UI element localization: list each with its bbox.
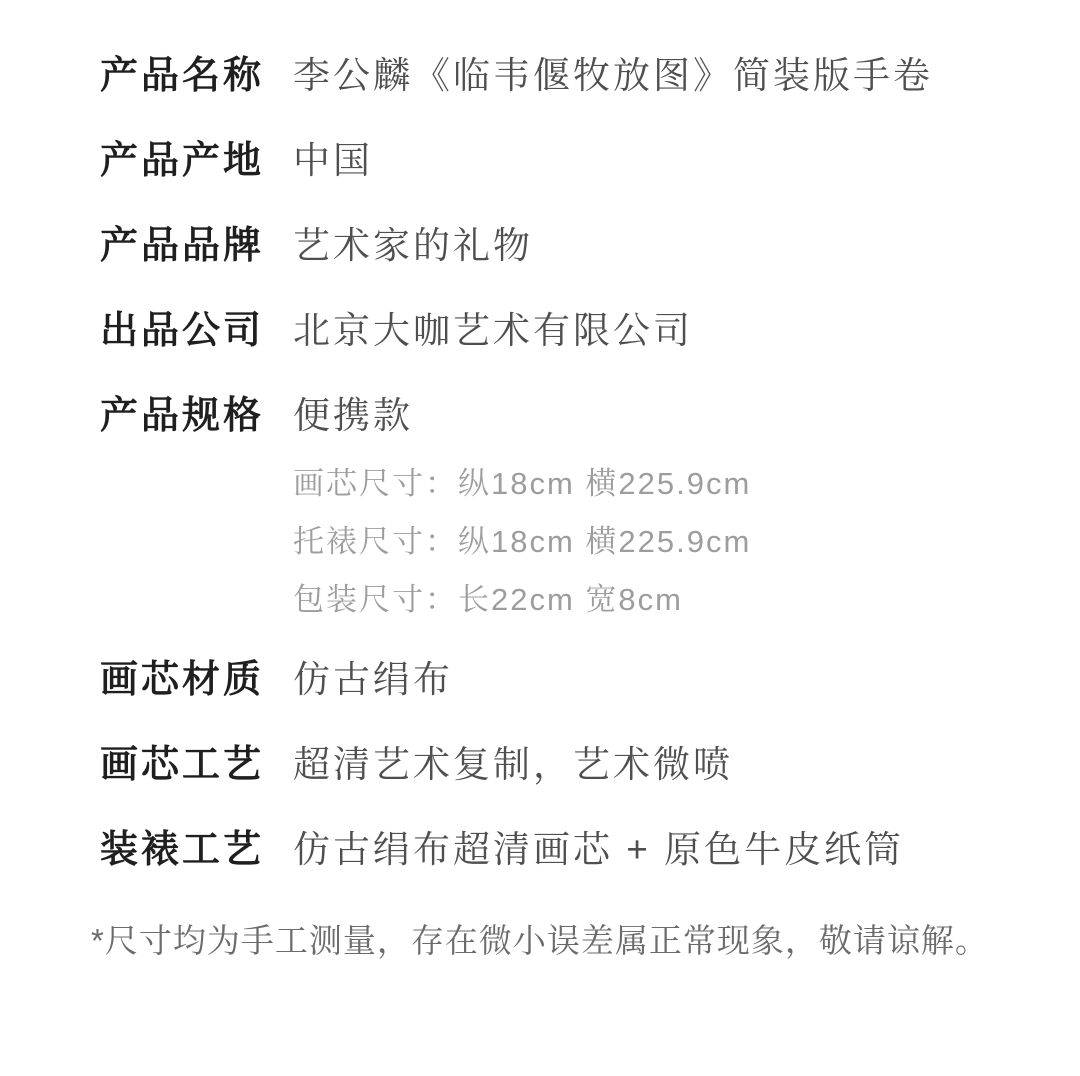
spec-label: 产品产地 [100, 141, 293, 181]
sub-spec-core-size: 画芯尺寸：纵18cm 横225.9cm [293, 455, 751, 513]
spec-value: 仿古绢布超清画芯 + 原色牛皮纸筒 [293, 830, 904, 870]
spec-row-material: 画芯材质 仿古绢布 [100, 660, 1010, 700]
spec-label: 产品品牌 [100, 226, 293, 266]
product-spec-sheet: 产品名称 李公麟《临韦偃牧放图》简装版手卷 产品产地 中国 产品品牌 艺术家的礼… [0, 0, 1080, 1076]
spec-label: 产品名称 [100, 56, 293, 96]
spec-row-origin: 产品产地 中国 [100, 141, 1010, 181]
spec-row-product-name: 产品名称 李公麟《临韦偃牧放图》简装版手卷 [100, 56, 1010, 96]
spec-value: 便携款 [293, 396, 751, 436]
sub-spec-package-size: 包装尺寸：长22cm 宽8cm [293, 571, 751, 629]
spec-value: 北京大咖艺术有限公司 [293, 311, 693, 351]
spec-value-group: 便携款 画芯尺寸：纵18cm 横225.9cm 托裱尺寸：纵18cm 横225.… [293, 396, 751, 629]
spec-row-company: 出品公司 北京大咖艺术有限公司 [100, 311, 1010, 351]
measurement-disclaimer: *尺寸均为手工测量，存在微小误差属正常现象，敬请谅解。 [91, 921, 1010, 961]
spec-row-specification: 产品规格 便携款 画芯尺寸：纵18cm 横225.9cm 托裱尺寸：纵18cm … [100, 396, 1010, 629]
spec-row-brand: 产品品牌 艺术家的礼物 [100, 226, 1010, 266]
sub-spec-mount-size: 托裱尺寸：纵18cm 横225.9cm [293, 513, 751, 571]
spec-value: 仿古绢布 [293, 660, 453, 700]
spec-label: 产品规格 [100, 396, 293, 436]
spec-value: 超清艺术复制，艺术微喷 [293, 745, 733, 785]
spec-value: 李公麟《临韦偃牧放图》简装版手卷 [293, 56, 933, 96]
spec-value: 中国 [293, 141, 373, 181]
spec-label: 画芯工艺 [100, 745, 293, 785]
spec-label: 出品公司 [100, 311, 293, 351]
sub-spec-list: 画芯尺寸：纵18cm 横225.9cm 托裱尺寸：纵18cm 横225.9cm … [293, 455, 751, 629]
spec-row-core-craft: 画芯工艺 超清艺术复制，艺术微喷 [100, 745, 1010, 785]
spec-value: 艺术家的礼物 [293, 226, 533, 266]
spec-row-mounting-craft: 装裱工艺 仿古绢布超清画芯 + 原色牛皮纸筒 [100, 830, 1010, 870]
spec-label: 装裱工艺 [100, 830, 293, 870]
spec-label: 画芯材质 [100, 660, 293, 700]
